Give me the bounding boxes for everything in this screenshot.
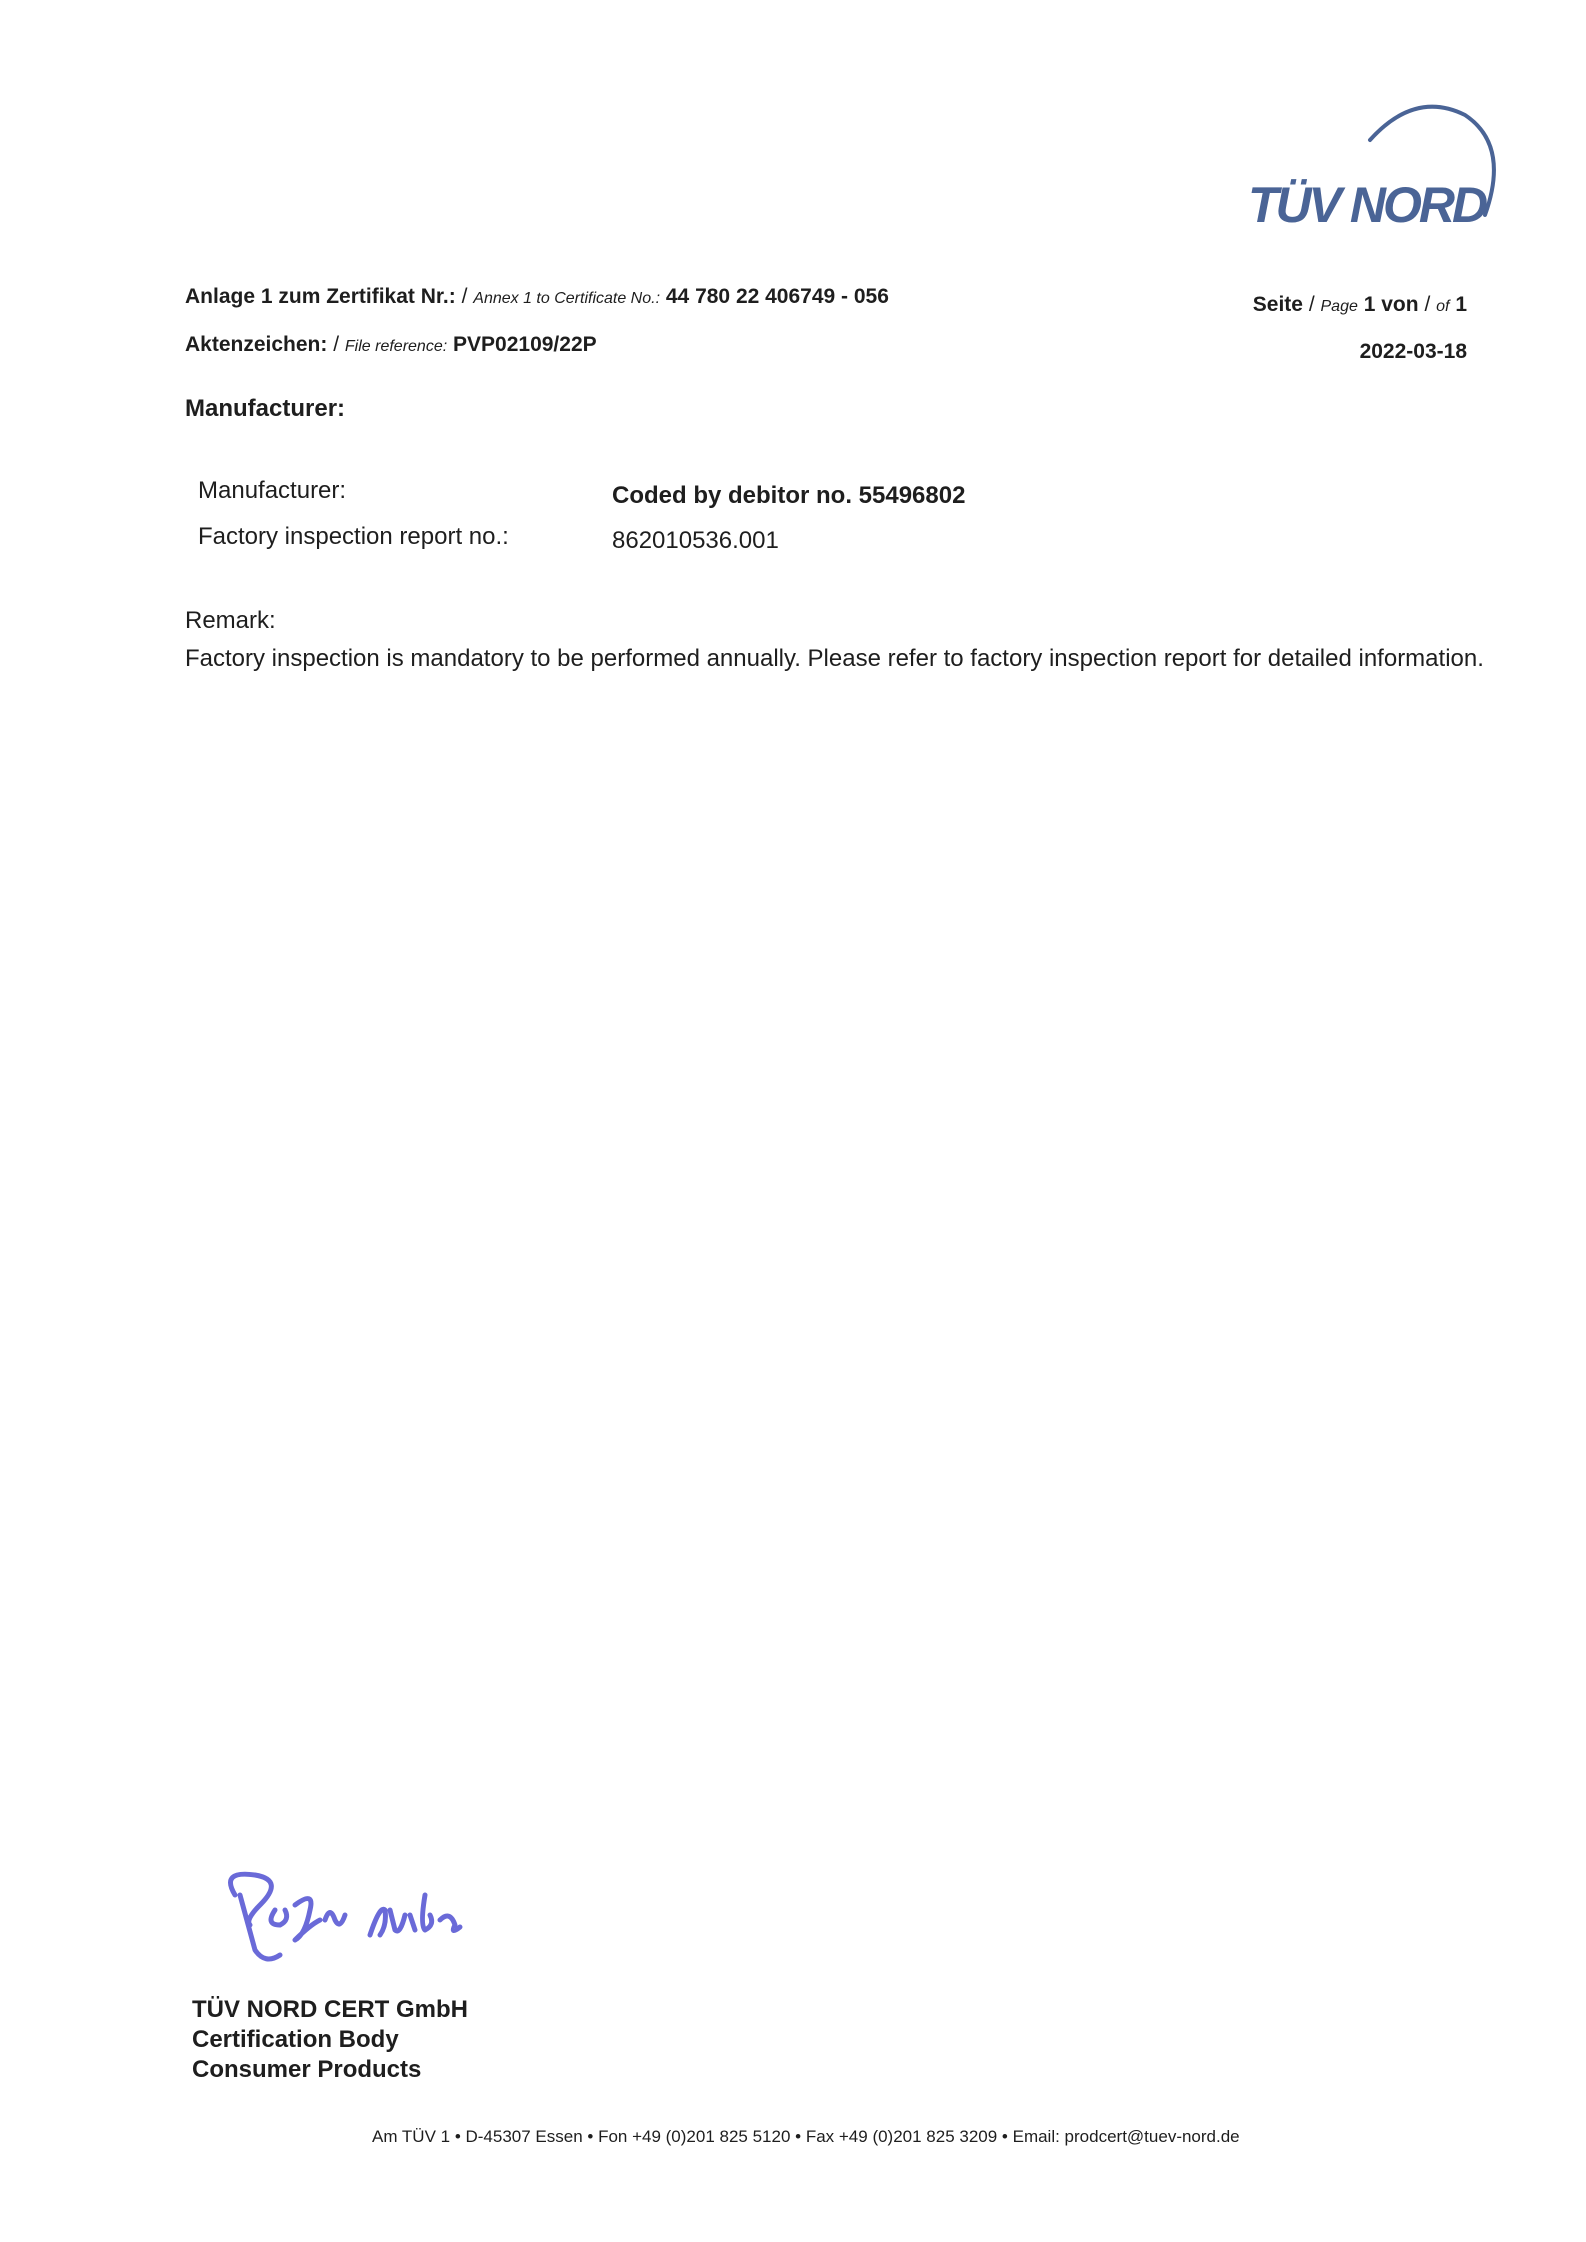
section-title-manufacturer: Manufacturer: [185,395,345,423]
certificate-number: 44 780 22 406749 - 056 [666,285,889,308]
signature [215,1865,535,1975]
annex-line: Anlage 1 zum Zertifikat Nr.: / Annex 1 t… [185,285,889,309]
organisation-name: TÜV NORD CERT GmbH [192,1995,468,2025]
of-label-de: von [1381,293,1418,316]
page-label-en: Page [1321,298,1358,315]
page-label-de: Seite [1253,293,1303,316]
annex-label-en: Annex 1 to Certificate No.: [473,290,660,307]
separator: / [333,333,339,356]
page-current: 1 [1364,293,1376,316]
remark-text: Factory inspection is mandatory to be pe… [185,644,1485,674]
of-label-en: of [1436,298,1449,315]
file-reference-label-de: Aktenzeichen: [185,333,327,356]
organisation-block: TÜV NORD CERT GmbH Certification Body Co… [192,1995,468,2085]
organisation-division: Consumer Products [192,2055,468,2085]
organisation-unit: Certification Body [192,2025,468,2055]
factory-inspection-label: Factory inspection report no.: [198,523,509,551]
document-date: 2022-03-18 [1360,340,1467,364]
page-total: 1 [1455,293,1467,316]
factory-inspection-value: 862010536.001 [612,527,779,555]
signature-icon [215,1865,535,1975]
file-reference: PVP02109/22P [453,333,597,356]
remark-label: Remark: [185,607,276,635]
file-reference-label-en: File reference: [345,338,447,355]
svg-text:TÜV NORD: TÜV NORD [1248,177,1487,233]
separator: / [462,285,468,308]
annex-label-de: Anlage 1 zum Zertifikat Nr.: [185,285,456,308]
page-indicator: Seite / Page 1 von / of 1 [1253,293,1467,317]
footer-contact: Am TÜV 1 • D-45307 Essen • Fon +49 (0)20… [372,2127,1240,2147]
separator: / [1309,293,1315,316]
manufacturer-value: Coded by debitor no. 55496802 [612,482,965,510]
separator: / [1424,293,1430,316]
manufacturer-label: Manufacturer: [198,477,346,505]
tuv-nord-logo: TÜV NORD [1240,100,1530,240]
tuv-nord-logo-icon: TÜV NORD [1240,100,1530,240]
file-reference-line: Aktenzeichen: / File reference: PVP02109… [185,333,597,357]
